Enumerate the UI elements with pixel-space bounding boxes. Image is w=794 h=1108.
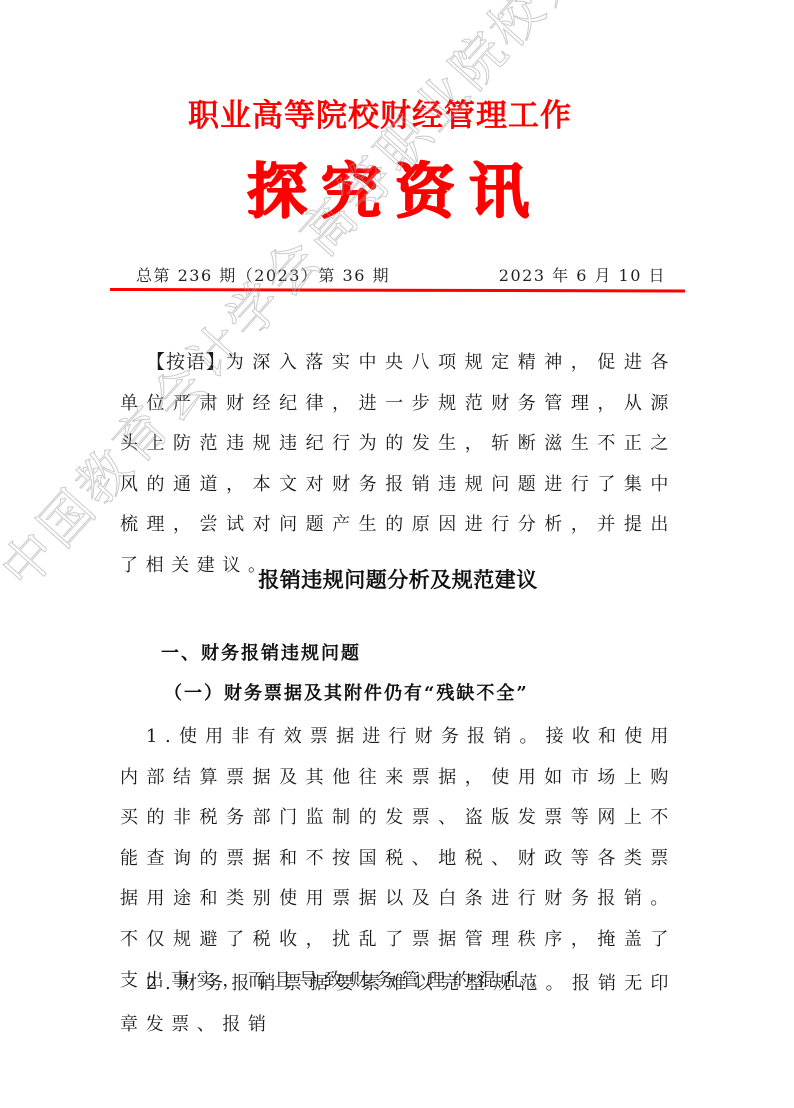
body-paragraph-1: 1.使用非有效票据进行财务报销。接收和使用内部结算票据及其他往来票据，使用如市场…	[120, 717, 676, 1001]
issue-number: 总第 236 期（2023）第 36 期	[136, 264, 390, 288]
body-paragraph-2: 2.财务报销票据要素难以完整规范。报销无印章发票、报销	[120, 964, 676, 1045]
preface-paragraph: 【按语】为深入落实中央八项规定精神，促进各单位严肃财经纪律，进一步规范财务管理，…	[120, 342, 676, 587]
preface-text: 为深入落实中央八项规定精神，促进各单位严肃财经纪律，进一步规范财务管理，从源头上…	[120, 352, 676, 576]
masthead-divider	[110, 288, 685, 293]
masthead-subtitle: 职业高等院校财经管理工作	[150, 96, 610, 136]
masthead-title: 探究资讯	[230, 152, 560, 232]
article-title: 报销违规问题分析及规范建议	[120, 560, 676, 600]
issue-date: 2023 年 6 月 10 日	[499, 264, 666, 288]
subsection-heading-1: （一）财务票据及其附件仍有“残缺不全”	[164, 678, 529, 710]
document-page: 职业高等院校财经管理工作 探究资讯 总第 236 期（2023）第 36 期 2…	[0, 0, 794, 1108]
issue-info-row: 总第 236 期（2023）第 36 期 2023 年 6 月 10 日	[136, 264, 666, 288]
preface-label: 【按语】	[146, 351, 226, 373]
section-heading-1: 一、财务报销违规问题	[161, 638, 361, 670]
